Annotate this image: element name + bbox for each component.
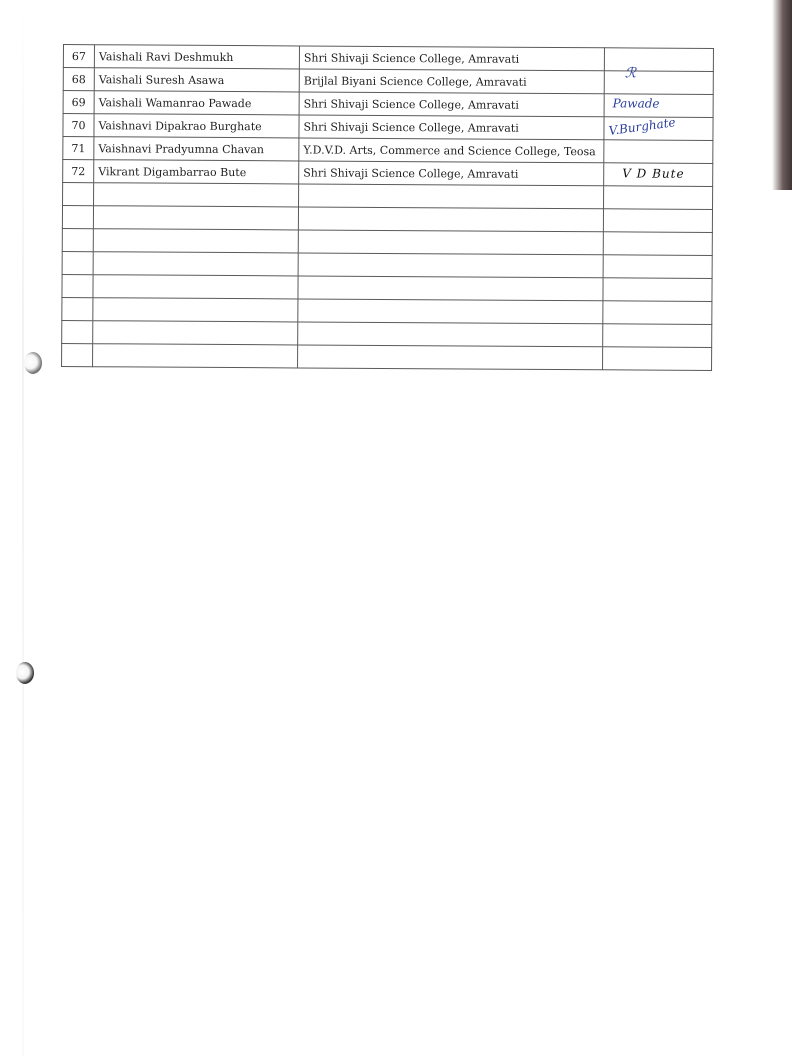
empty-cell [298, 253, 603, 278]
empty-cell [63, 183, 94, 206]
student-name: Vaishnavi Dipakrao Burghate [94, 114, 299, 138]
sr-no: 70 [63, 114, 94, 137]
handwritten-signature: ℛ [625, 65, 636, 81]
empty-cell [93, 344, 298, 368]
empty-cell [93, 206, 298, 230]
sr-no: 68 [63, 68, 94, 91]
empty-cell [298, 299, 603, 324]
empty-cell [93, 252, 298, 276]
empty-cell [603, 347, 712, 371]
college-name: Shri Shivaji Science College, Amravati [299, 92, 604, 117]
signature-cell: ℛ [604, 71, 713, 95]
signature-cell: Pawade [604, 94, 713, 118]
sr-no: 72 [63, 160, 94, 183]
empty-cell [603, 324, 712, 348]
empty-cell [62, 206, 93, 229]
college-name: Shri Shivaji Science College, Amravati [299, 46, 604, 71]
signature-cell: V.Burghate [604, 117, 713, 141]
empty-cell [62, 343, 93, 366]
sr-no: 71 [63, 137, 94, 160]
empty-cell [299, 184, 604, 209]
empty-cell [93, 229, 298, 253]
stacked-pages-shadow [772, 0, 792, 190]
empty-cell [603, 209, 712, 233]
empty-cell [93, 298, 298, 322]
student-name: Vaishali Wamanrao Pawade [94, 91, 299, 115]
student-name: Vaishali Suresh Asawa [94, 68, 299, 92]
empty-cell [298, 207, 603, 232]
college-name: Brijlal Biyani Science College, Amravati [299, 69, 604, 94]
empty-cell [62, 274, 93, 297]
punch-hole-icon [24, 352, 42, 374]
empty-cell [603, 255, 712, 279]
student-name: Vaishali Ravi Deshmukh [94, 45, 299, 69]
empty-cell [62, 228, 93, 251]
college-name: Y.D.V.D. Arts, Commerce and Science Coll… [299, 138, 604, 163]
empty-cell [93, 321, 298, 345]
signature-cell [604, 140, 713, 164]
sr-no: 67 [63, 45, 94, 68]
empty-cell [603, 232, 712, 256]
signature-cell [604, 48, 713, 72]
empty-row [62, 343, 712, 370]
empty-cell [93, 275, 298, 299]
empty-cell [603, 301, 712, 325]
student-name: Vikrant Digambarrao Bute [94, 160, 299, 184]
empty-cell [62, 251, 93, 274]
handwritten-signature: V.Burghate [608, 115, 676, 138]
page-edge [22, 0, 24, 1056]
empty-cell [298, 322, 603, 347]
handwritten-signature: V D Bute [622, 166, 684, 180]
college-name: Shri Shivaji Science College, Amravati [299, 115, 604, 140]
empty-cell [298, 276, 603, 301]
college-name: Shri Shivaji Science College, Amravati [299, 161, 604, 186]
student-name: Vaishnavi Pradyumna Chavan [94, 137, 299, 161]
empty-cell [603, 278, 712, 302]
empty-cell [604, 186, 713, 210]
handwritten-signature: Pawade [613, 96, 660, 110]
punch-hole-icon [16, 662, 34, 684]
empty-cell [298, 230, 603, 255]
empty-cell [94, 183, 299, 207]
empty-cell [62, 297, 93, 320]
empty-cell [62, 320, 93, 343]
signature-cell: V D Bute [604, 163, 713, 187]
sr-no: 69 [63, 91, 94, 114]
empty-cell [298, 345, 603, 370]
attendance-table: 67 Vaishali Ravi Deshmukh Shri Shivaji S… [61, 44, 714, 371]
